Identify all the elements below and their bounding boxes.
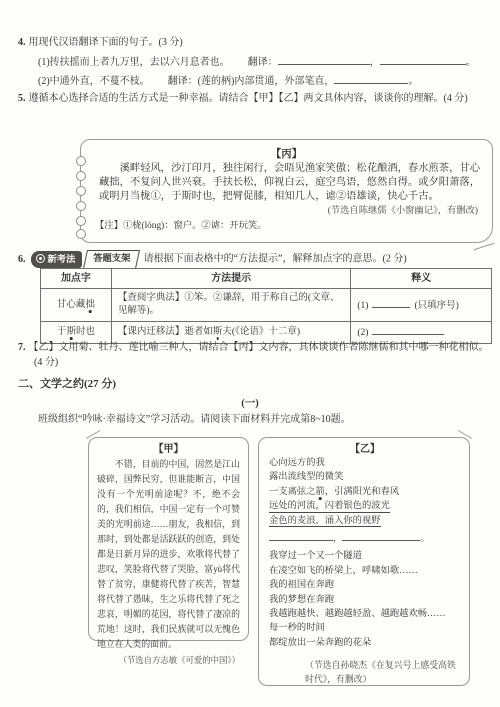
dotted-character: 拙 bbox=[85, 300, 95, 310]
poem-line: 我越跑越快、越跑越轻盈、越跑越欢畅…… bbox=[269, 607, 461, 621]
answer-scaffold-badge: 答题支架 bbox=[83, 250, 140, 269]
answer-blank bbox=[372, 298, 410, 308]
dotted-character: 箭 bbox=[316, 487, 325, 497]
poem-line: 我穿过一个又一个隧道 bbox=[269, 549, 461, 563]
answer-blank bbox=[269, 531, 333, 541]
header-dotted-word: 加点字 bbox=[41, 269, 112, 289]
passage-box-bing: 【丙】 溪畔轻风，沙汀印月，独往闲行，会晤见渔家笑傲；松花酿酒，春水煎茶，甘心藏… bbox=[80, 139, 493, 243]
page-curl-decoration bbox=[458, 430, 472, 439]
question-4-sub-1: (1)抟扶摇而上者九万里，去以六月息者也。翻译：，。 bbox=[38, 55, 494, 71]
question-6-text: 请根据下面表格中的“方法提示”，解释加点字的意思。(2 分) bbox=[144, 254, 407, 265]
punctuation: ， bbox=[333, 534, 342, 544]
spiral-ring-icon bbox=[76, 229, 86, 239]
dotted-character: 斯 bbox=[213, 327, 223, 337]
spiral-ring-icon bbox=[76, 171, 86, 181]
passage-bing-body: 溪畔轻风，沙汀印月，独往闲行，会晤见渔家笑傲；松花酿酒，春水煎茶，甘心藏拙，不复… bbox=[99, 162, 480, 204]
new-method-badge-label: 新考法 bbox=[48, 252, 76, 267]
method-text: 夫(《论语》十二章) bbox=[222, 327, 300, 337]
question-6-number: 6. bbox=[18, 254, 26, 265]
passage-bing-source: (节选自陈继儒《小窗幽记》，有删改) bbox=[81, 205, 478, 218]
answer-scaffold-badge-label: 答题支架 bbox=[94, 251, 131, 266]
poem-line: 心向远方的我 bbox=[269, 456, 461, 470]
poem-line: 都绽放出一朵奔跑的花朵 bbox=[269, 636, 461, 650]
passage-bing-note: 【注】①栊(lóng)：窗户。②谑：开玩笑。 bbox=[95, 220, 492, 233]
punctuation: 。 bbox=[466, 57, 476, 68]
passage-jia-body: 不错，目前的中国，固然是江山破碎，国弊民穷，但谁能断言，中国没有一个光明前途呢？… bbox=[97, 457, 240, 652]
answer-blank bbox=[342, 531, 420, 541]
spiral-ring-icon bbox=[76, 156, 86, 166]
section-2-title: 二、文学之约(27 分) bbox=[18, 375, 116, 391]
method-hint-cell: 【查阅字典法】①笨。②谦辞，用于称自己的(文章、见解等)。 bbox=[111, 289, 351, 322]
question-4-text: 用现代汉语翻译下面的句子。(3 分) bbox=[29, 37, 183, 48]
passage-box-yi: 【乙】 心向远方的我 露出流线型的微笑 一支离弦之箭，引满阳光和春风 远处的河流… bbox=[258, 437, 470, 686]
question-5-text: 遵循本心选择合适的生活方式是一种幸福。请结合【甲】【乙】两文具体内容，谈谈你的理… bbox=[29, 93, 468, 104]
method-hint-table: 加点字 方法提示 释义 甘心藏拙 【查阅字典法】①笨。②谦辞，用于称自己的(文章… bbox=[40, 268, 492, 344]
meaning-cell: (1)(只填序号) bbox=[351, 289, 492, 322]
passage-yi-source: （节选自孙晓杰《在复兴号上感受高铁时代》，有删改） bbox=[269, 658, 461, 686]
part-one-label: (一) bbox=[0, 395, 500, 410]
sub-question-label: (2) bbox=[38, 76, 50, 87]
partial-translation: (莲的柄)内部贯通，外部笔直， bbox=[198, 76, 335, 87]
question-5-number: 5. bbox=[18, 93, 26, 104]
question-7-text: 【乙】文用菊、牡丹、莲比喻三种人，请结合【丙】文内容，具体谈谈作者陈继儒和其中哪… bbox=[29, 342, 489, 368]
answer-blank bbox=[278, 55, 370, 65]
dotted-word-cell: 甘心藏拙 bbox=[41, 289, 112, 322]
poem-line: 在凌空如飞的桥梁上，呼啸如歌…… bbox=[269, 564, 461, 578]
poem-text: 一支离弦之 bbox=[269, 487, 316, 497]
poem-line: 我的梦想在奔跑 bbox=[269, 593, 461, 607]
new-method-badge: 新考法 bbox=[31, 251, 83, 269]
poem-line: 每一秒的时间 bbox=[269, 621, 461, 635]
method-text: 【查阅字典法】①笨。②谦辞，用于称自己的(文章、见解等)。 bbox=[118, 293, 340, 316]
sentence-to-translate: 抟扶摇而上者九万里，去以六月息者也。 bbox=[50, 57, 230, 68]
question-7-number: 7. bbox=[18, 342, 26, 353]
question-5: 5.遵循本心选择合适的生活方式是一种幸福。请结合【甲】【乙】两文具体内容，谈谈你… bbox=[18, 92, 494, 107]
poem-line: 露出流线型的微笑 bbox=[269, 470, 461, 484]
answer-blank bbox=[372, 325, 444, 335]
underlined-text: 金色的麦浪，涌入你的视野 bbox=[269, 516, 381, 528]
word-text: 于 bbox=[57, 327, 67, 337]
exam-page: 4.用现代汉语翻译下面的句子。(3 分) (1)抟扶摇而上者九万里，去以六月息者… bbox=[0, 0, 500, 707]
question-4: 4.用现代汉语翻译下面的句子。(3 分) bbox=[18, 36, 492, 51]
activity-intro: 班级组织“吟咏·幸福诗文”学习活动。请阅读下面材料并完成第8~10题。 bbox=[38, 413, 492, 428]
page-curl-decoration bbox=[86, 430, 100, 439]
passage-box-jia: 【甲】 不错，目前的中国，固然是江山破碎，国弊民穷，但谁能断言，中国没有一个光明… bbox=[88, 437, 249, 641]
punctuation: ， bbox=[370, 57, 380, 68]
passage-yi-title: 【乙】 bbox=[269, 443, 461, 456]
answer-blank bbox=[380, 55, 466, 65]
poem-text: ，引满阳光和春风 bbox=[325, 487, 399, 497]
question-6: 6.新考法答题支架请根据下面表格中的“方法提示”，解释加点字的意思。(2 分) bbox=[18, 250, 496, 269]
question-4-number: 4. bbox=[18, 37, 26, 48]
answer-hint: (只填序号) bbox=[414, 301, 458, 311]
header-meaning: 释义 bbox=[351, 269, 492, 289]
answer-label: (1) bbox=[357, 301, 368, 311]
poem-line: 我的祖国在奔跑 bbox=[269, 578, 461, 592]
translate-label: 翻译： bbox=[168, 76, 198, 87]
translate-label: 翻译： bbox=[248, 57, 278, 68]
spiral-ring-icon bbox=[76, 186, 86, 196]
word-text: 时也 bbox=[76, 327, 95, 337]
poem-line: 一支离弦之箭，引满阳光和春风 bbox=[269, 485, 461, 499]
poem-line-underlined: 远处的河流，闪着银色的波光 bbox=[269, 499, 461, 513]
dotted-character: 斯 bbox=[66, 327, 76, 337]
spiral-ring-icon bbox=[76, 201, 86, 211]
question-4-sub-2: (2)中通外直，不蔓不枝。翻译：(莲的柄)内部贯通，外部笔直，。 bbox=[38, 74, 494, 90]
underlined-text: 远处的河流，闪着银色的波光 bbox=[269, 501, 390, 513]
passage-jia-title: 【甲】 bbox=[97, 443, 240, 456]
method-text: 【课内迁移法】逝者如 bbox=[118, 327, 213, 337]
table-header-row: 加点字 方法提示 释义 bbox=[41, 269, 492, 289]
punctuation: 。 bbox=[408, 76, 418, 87]
passage-jia-source: （节选自方志敏《可爱的中国》） bbox=[97, 654, 240, 666]
header-method-hint: 方法提示 bbox=[111, 269, 351, 289]
passage-bing-title: 【丙】 bbox=[81, 146, 492, 161]
poem-fill-in-line: ，。 bbox=[269, 531, 461, 546]
sentence-to-translate: 中通外直，不蔓不枝。 bbox=[50, 76, 150, 87]
poem-line-underlined: 金色的麦浪，涌入你的视野 bbox=[269, 514, 461, 528]
sub-question-label: (1) bbox=[38, 57, 50, 68]
punctuation: 。 bbox=[420, 534, 429, 544]
answer-blank bbox=[334, 74, 408, 84]
question-7: 7.【乙】文用菊、牡丹、莲比喻三种人，请结合【丙】文内容，具体谈谈作者陈继儒和其… bbox=[18, 341, 496, 370]
word-text: 甘心藏 bbox=[57, 300, 86, 310]
lightbulb-icon bbox=[36, 254, 45, 263]
spiral-ring-icon bbox=[76, 216, 86, 226]
answer-label: (2) bbox=[357, 328, 368, 338]
table-row: 甘心藏拙 【查阅字典法】①笨。②谦辞，用于称自己的(文章、见解等)。 (1)(只… bbox=[41, 289, 492, 322]
